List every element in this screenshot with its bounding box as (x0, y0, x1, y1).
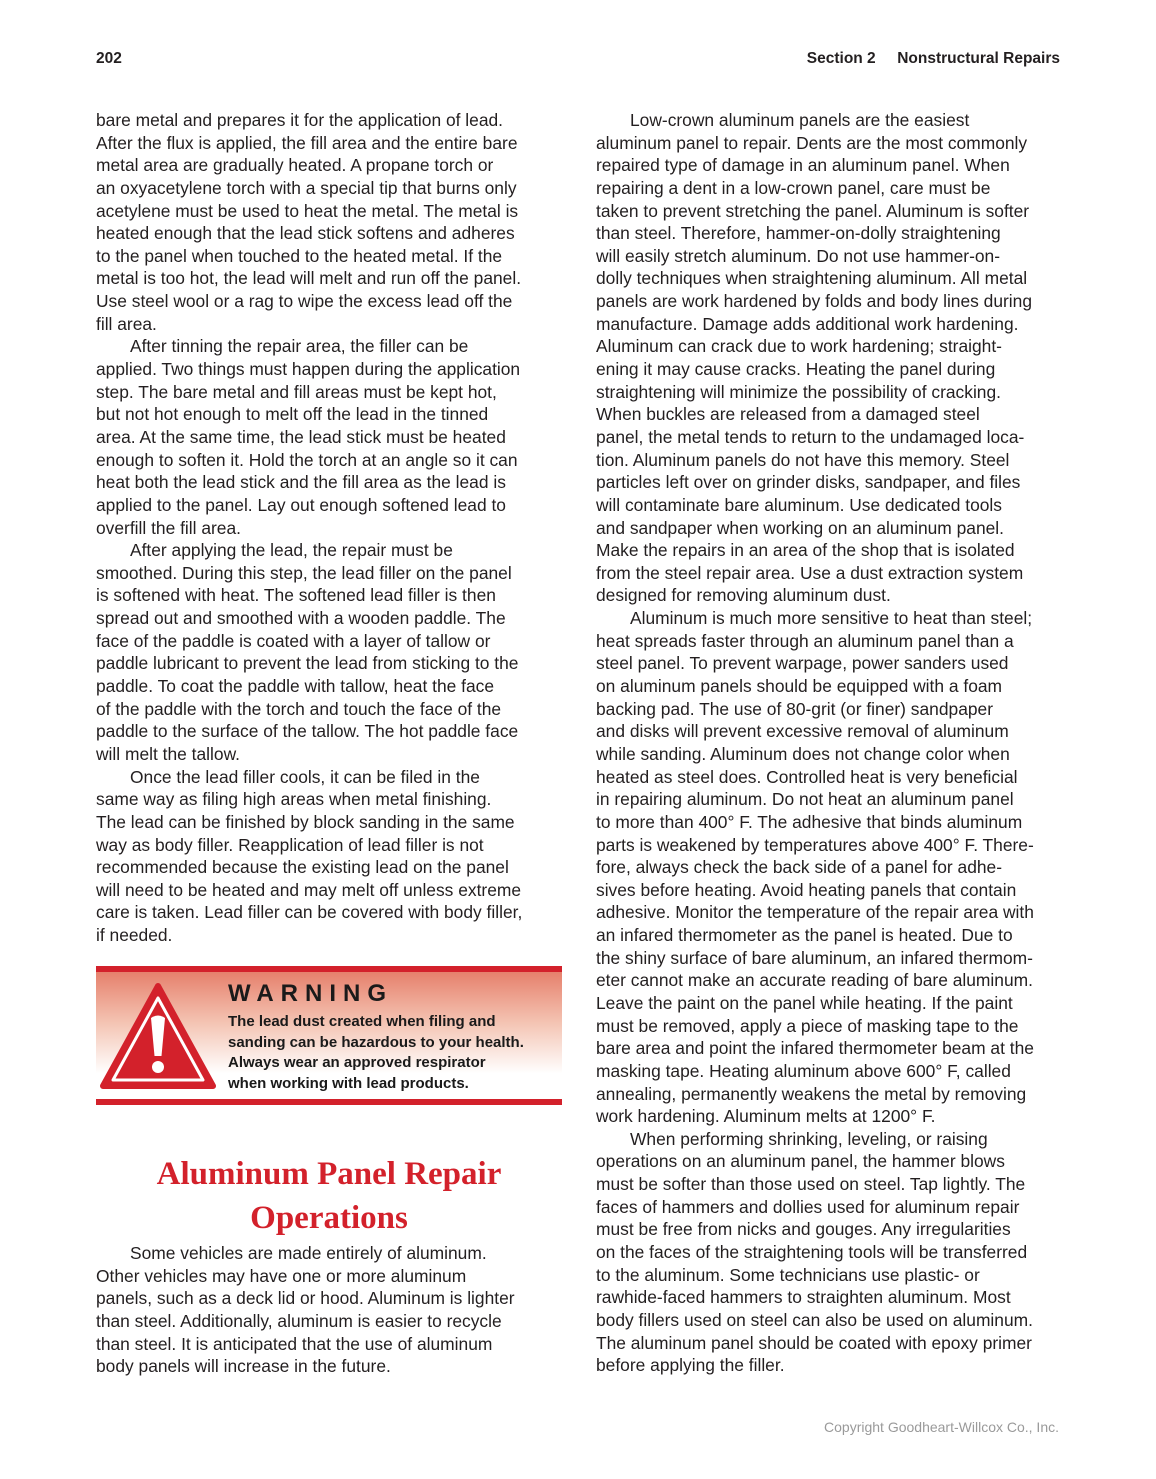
text-line: fill area. (96, 313, 566, 336)
text-line: paddle to the surface of the tallow. The… (96, 720, 566, 743)
text-line: The aluminum panel should be coated with… (596, 1332, 1076, 1355)
text-line: adhesive. Monitor the temperature of the… (596, 901, 1076, 924)
text-line: metal is too hot, the lead will melt and… (96, 267, 566, 290)
text-line: tion. Aluminum panels do not have this m… (596, 449, 1076, 472)
text-line: must be removed, apply a piece of maskin… (596, 1015, 1076, 1038)
text-line: Low-crown aluminum panels are the easies… (596, 109, 1076, 132)
text-line: before applying the filler. (596, 1354, 1076, 1377)
text-line: straightening will minimize the possibil… (596, 381, 1076, 404)
text-line: heated as steel does. Controlled heat is… (596, 766, 1076, 789)
text-line: body fillers used on steel can also be u… (596, 1309, 1076, 1332)
text-line: faces of hammers and dollies used for al… (596, 1196, 1076, 1219)
text-line: steel panel. To prevent warpage, power s… (596, 652, 1076, 675)
text-line: paddle. To coat the paddle with tallow, … (96, 675, 566, 698)
text-line: Aluminum can crack due to work hardening… (596, 335, 1076, 358)
text-line: rawhide-faced hammers to straighten alum… (596, 1286, 1076, 1309)
text-line: panels, such as a deck lid or hood. Alum… (96, 1287, 566, 1310)
text-line: way as body filler. Reapplication of lea… (96, 834, 566, 857)
text-line: on aluminum panels should be equipped wi… (596, 675, 1076, 698)
text-line: eter cannot make an accurate reading of … (596, 969, 1076, 992)
text-line: is softened with heat. The softened lead… (96, 584, 566, 607)
text-line: panels are work hardened by folds and bo… (596, 290, 1076, 313)
text-line: The lead can be finished by block sandin… (96, 811, 566, 834)
text-line: in repairing aluminum. Do not heat an al… (596, 788, 1076, 811)
text-line: must be softer than those used on steel.… (596, 1173, 1076, 1196)
warning-line: sanding can be hazardous to your health. (228, 1033, 524, 1054)
text-line: on the faces of the straightening tools … (596, 1241, 1076, 1264)
text-line: heat both the lead stick and the fill ar… (96, 471, 566, 494)
text-line: care is taken. Lead filler can be covere… (96, 901, 566, 924)
section-heading-line: Operations (96, 1196, 562, 1240)
text-line: After tinning the repair area, the fille… (96, 335, 566, 358)
text-line: sives before heating. Avoid heating pane… (596, 879, 1076, 902)
text-line: of the paddle with the torch and touch t… (96, 698, 566, 721)
text-line: particles left over on grinder disks, sa… (596, 471, 1076, 494)
text-line: but not hot enough to melt off the lead … (96, 403, 566, 426)
text-line: recommended because the existing lead on… (96, 856, 566, 879)
text-line: Some vehicles are made entirely of alumi… (96, 1242, 566, 1265)
text-line: fore, always check the back side of a pa… (596, 856, 1076, 879)
text-line: repaired type of damage in an aluminum p… (596, 154, 1076, 177)
text-line: same way as filing high areas when metal… (96, 788, 566, 811)
warning-bottom-rule (96, 1099, 562, 1105)
text-line: backing pad. The use of 80-grit (or fine… (596, 698, 1076, 721)
text-line: step. The bare metal and fill areas must… (96, 381, 566, 404)
text-line: an infared thermometer as the panel is h… (596, 924, 1076, 947)
text-line: will melt the tallow. (96, 743, 566, 766)
text-line: ening it may cause cracks. Heating the p… (596, 358, 1076, 381)
text-line: must be free from nicks and gouges. Any … (596, 1218, 1076, 1241)
text-line: and disks will prevent excessive removal… (596, 720, 1076, 743)
text-line: masking tape. Heating aluminum above 600… (596, 1060, 1076, 1083)
text-line: than steel. Additionally, aluminum is ea… (96, 1310, 566, 1333)
text-line: panel, the metal tends to return to the … (596, 426, 1076, 449)
section-heading: Aluminum Panel Repair Operations (96, 1152, 562, 1240)
warning-line: Always wear an approved respirator (228, 1053, 524, 1074)
text-line: aluminum panel to repair. Dents are the … (596, 132, 1076, 155)
text-line: parts is weakened by temperatures above … (596, 834, 1076, 857)
text-line: Other vehicles may have one or more alum… (96, 1265, 566, 1288)
text-line: When performing shrinking, leveling, or … (596, 1128, 1076, 1151)
page-number: 202 (96, 50, 122, 68)
text-line: will contaminate bare aluminum. Use dedi… (596, 494, 1076, 517)
text-line: paddle lubricant to prevent the lead fro… (96, 652, 566, 675)
warning-line: The lead dust created when filing and (228, 1012, 524, 1033)
text-line: designed for removing aluminum dust. (596, 584, 1076, 607)
text-line: overfill the fill area. (96, 517, 566, 540)
text-line: from the steel repair area. Use a dust e… (596, 562, 1076, 585)
text-line: body panels will increase in the future. (96, 1355, 566, 1378)
text-line: applied to the panel. Lay out enough sof… (96, 494, 566, 517)
text-line: will need to be heated and may melt off … (96, 879, 566, 902)
text-line: repairing a dent in a low-crown panel, c… (596, 177, 1076, 200)
text-line: metal area are gradually heated. A propa… (96, 154, 566, 177)
text-line: taken to prevent stretching the panel. A… (596, 200, 1076, 223)
text-line: the shiny surface of bare aluminum, an i… (596, 947, 1076, 970)
text-line: bare area and point the infared thermome… (596, 1037, 1076, 1060)
text-line: manufacture. Damage adds additional work… (596, 313, 1076, 336)
running-head: Section 2 Nonstructural Repairs (807, 50, 1060, 68)
section-heading-line: Aluminum Panel Repair (96, 1152, 562, 1196)
text-line: operations on an aluminum panel, the ham… (596, 1150, 1076, 1173)
text-line: heat spreads faster through an aluminum … (596, 630, 1076, 653)
text-line: Use steel wool or a rag to wipe the exce… (96, 290, 566, 313)
text-line: acetylene must be used to heat the metal… (96, 200, 566, 223)
section-intro-body: Some vehicles are made entirely of alumi… (96, 1242, 566, 1378)
text-line: Leave the paint on the panel while heati… (596, 992, 1076, 1015)
text-line: will easily stretch aluminum. Do not use… (596, 245, 1076, 268)
warning-title: WARNING (228, 980, 393, 1008)
text-line: if needed. (96, 924, 566, 947)
text-line: applied. Two things must happen during t… (96, 358, 566, 381)
text-line: to more than 400° F. The adhesive that b… (596, 811, 1076, 834)
text-line: heated enough that the lead stick soften… (96, 222, 566, 245)
text-line: while sanding. Aluminum does not change … (596, 743, 1076, 766)
text-line: an oxyacetylene torch with a special tip… (96, 177, 566, 200)
text-line: When buckles are released from a damaged… (596, 403, 1076, 426)
text-line: to the aluminum. Some technicians use pl… (596, 1264, 1076, 1287)
text-line: After applying the lead, the repair must… (96, 539, 566, 562)
text-line: bare metal and prepares it for the appli… (96, 109, 566, 132)
text-line: than steel. It is anticipated that the u… (96, 1333, 566, 1356)
warning-box: WARNING The lead dust created when filin… (96, 966, 562, 1105)
text-line: work hardening. Aluminum melts at 1200° … (596, 1105, 1076, 1128)
text-line: than steel. Therefore, hammer-on-dolly s… (596, 222, 1076, 245)
text-line: annealing, permanently weakens the metal… (596, 1083, 1076, 1106)
text-line: Once the lead filler cools, it can be fi… (96, 766, 566, 789)
text-line: area. At the same time, the lead stick m… (96, 426, 566, 449)
text-line: smoothed. During this step, the lead fil… (96, 562, 566, 585)
page-header: 202 Section 2 Nonstructural Repairs (96, 50, 1060, 72)
text-line: After the flux is applied, the fill area… (96, 132, 566, 155)
text-line: Make the repairs in an area of the shop … (596, 539, 1076, 562)
text-line: enough to soften it. Hold the torch at a… (96, 449, 566, 472)
right-column-body: Low-crown aluminum panels are the easies… (596, 109, 1076, 1377)
text-line: to the panel when touched to the heated … (96, 245, 566, 268)
copyright-notice: Copyright Goodheart-Willcox Co., Inc. (824, 1419, 1059, 1435)
text-line: and sandpaper when working on an aluminu… (596, 517, 1076, 540)
text-line: face of the paddle is coated with a laye… (96, 630, 566, 653)
text-line: spread out and smoothed with a wooden pa… (96, 607, 566, 630)
warning-triangle-icon (99, 982, 217, 1092)
text-line: dolly techniques when straightening alum… (596, 267, 1076, 290)
text-line: Aluminum is much more sensitive to heat … (596, 607, 1076, 630)
warning-text: The lead dust created when filing and sa… (228, 1012, 524, 1095)
warning-line: when working with lead products. (228, 1074, 524, 1095)
left-column-body: bare metal and prepares it for the appli… (96, 109, 566, 947)
